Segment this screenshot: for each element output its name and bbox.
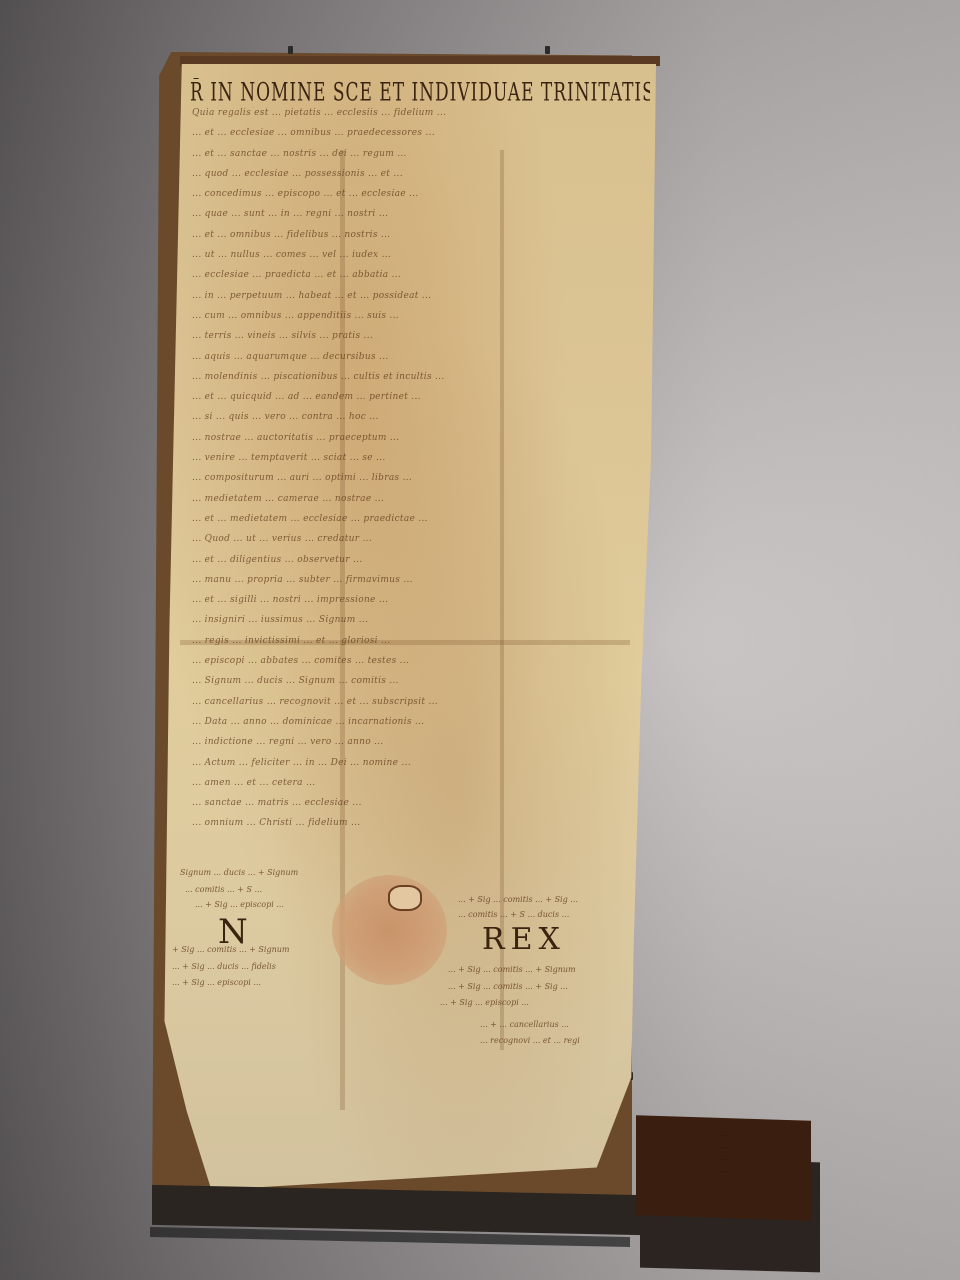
plaque-text: ... xyxy=(636,1151,811,1164)
rex-inscription: REX xyxy=(482,922,566,957)
signature-line: ... comitis ... + S ... xyxy=(185,885,262,894)
mounting-pin xyxy=(288,46,293,54)
exhibit-label-plaque: ... ... ... ... xyxy=(636,1115,811,1220)
text-line: ... Data ... anno ... dominicae ... inca… xyxy=(192,717,647,734)
text-line: ... manu ... propria ... subter ... firm… xyxy=(192,575,647,592)
signature-line: Signum ... ducis ... + Signum xyxy=(180,868,298,877)
text-line: ... quae ... sunt ... in ... regni ... n… xyxy=(192,209,647,226)
text-line: ... amen ... et ... cetera ... xyxy=(192,778,647,795)
text-line: ... et ... ecclesiae ... omnibus ... pra… xyxy=(192,128,647,145)
text-line: ... ecclesiae ... praedicta ... et ... a… xyxy=(192,270,647,287)
text-line: ... nostrae ... auctoritatis ... praecep… xyxy=(192,433,647,450)
text-line: ... Actum ... feliciter ... in ... Dei .… xyxy=(192,758,647,775)
signature-line: ... + Sig ... comitis ... + Signum xyxy=(448,965,576,974)
text-line: ... si ... quis ... vero ... contra ... … xyxy=(192,412,647,429)
plaque-text: ... xyxy=(636,1139,811,1152)
text-line: ... indictione ... regni ... vero ... an… xyxy=(192,737,647,754)
royal-monogram: N xyxy=(218,912,248,952)
text-line: ... terris ... vineis ... silvis ... pra… xyxy=(192,331,647,348)
plaque-text: ... xyxy=(636,1163,811,1176)
text-line: ... et ... sanctae ... nostris ... dei .… xyxy=(192,149,647,166)
signature-line: ... + Sig ... ducis ... fidelis xyxy=(172,962,276,971)
plaque-text: ... xyxy=(636,1127,811,1140)
text-line: ... sanctae ... matris ... ecclesiae ... xyxy=(192,798,647,815)
signature-line: ... recognovi ... et ... regi xyxy=(480,1036,580,1045)
text-line: ... quod ... ecclesiae ... possessionis … xyxy=(192,169,647,186)
text-line: ... in ... perpetuum ... habeat ... et .… xyxy=(192,291,647,308)
signature-line: ... + Sig ... comitis ... + Sig ... xyxy=(448,982,568,991)
text-line: ... omnium ... Christi ... fidelium ... xyxy=(192,818,647,835)
signature-line: ... + ... cancellarius ... xyxy=(480,1020,569,1029)
signature-line: ... + Sig ... episcopi ... xyxy=(172,978,261,987)
mounting-pin xyxy=(545,46,550,54)
text-line: Quia regalis est ... pietatis ... eccles… xyxy=(192,108,647,125)
text-line: ... cancellarius ... recognovit ... et .… xyxy=(192,697,647,714)
text-line: ... cum ... omnibus ... appenditiis ... … xyxy=(192,311,647,328)
text-line: ... Quod ... ut ... verius ... credatur … xyxy=(192,534,647,551)
text-line: ... aquis ... aquarumque ... decursibus … xyxy=(192,352,647,369)
text-line: ... et ... sigilli ... nostri ... impres… xyxy=(192,595,647,612)
text-line: ... et ... omnibus ... fidelibus ... nos… xyxy=(192,230,647,247)
text-line: ... Signum ... ducis ... Signum ... comi… xyxy=(192,676,647,693)
text-line: ... ut ... nullus ... comes ... vel ... … xyxy=(192,250,647,267)
text-line: ... concedimus ... episcopo ... et ... e… xyxy=(192,189,647,206)
signature-line: ... + Sig ... episcopi ... xyxy=(195,900,284,909)
charter-body-text: Quia regalis est ... pietatis ... eccles… xyxy=(192,108,647,858)
charter-heading: R̄ IN NOMINE SCE ET INDIVIDUAE TRINITATI… xyxy=(190,78,650,108)
text-line: ... et ... medietatem ... ecclesiae ... … xyxy=(192,514,647,531)
seal-damage xyxy=(388,885,422,911)
text-line: ... et ... diligentius ... observetur ..… xyxy=(192,555,647,572)
signature-line: ... + Sig ... episcopi ... xyxy=(440,998,529,1007)
text-line: ... episcopi ... abbates ... comites ...… xyxy=(192,656,647,673)
signature-line: ... + Sig ... comitis ... + Sig ... xyxy=(458,895,578,904)
text-line: ... molendinis ... piscationibus ... cul… xyxy=(192,372,647,389)
text-line: ... regis ... invictissimi ... et ... gl… xyxy=(192,636,647,653)
text-line: ... insigniri ... iussimus ... Signum ..… xyxy=(192,615,647,632)
text-line: ... compositurum ... auri ... optimi ...… xyxy=(192,473,647,490)
signature-line: ... comitis ... + S ... ducis ... xyxy=(458,910,569,919)
text-line: ... medietatem ... camerae ... nostrae .… xyxy=(192,494,647,511)
text-line: ... et ... quicquid ... ad ... eandem ..… xyxy=(192,392,647,409)
text-line: ... venire ... temptaverit ... sciat ...… xyxy=(192,453,647,470)
